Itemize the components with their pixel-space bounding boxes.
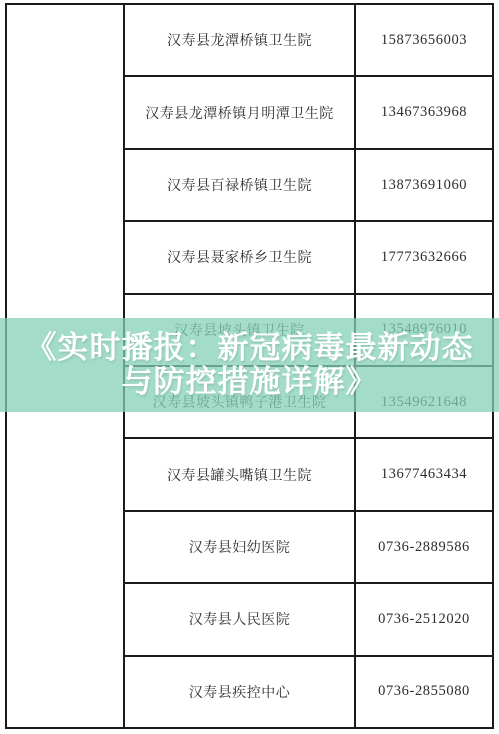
hospital-name-cell: 汉寿县罐头嘴镇卫生院	[125, 439, 356, 509]
table-row: 汉寿县龙潭桥镇月明潭卫生院 13467363968	[125, 77, 492, 149]
phone-number-cell: 13873691060	[356, 150, 492, 220]
table-row: 汉寿县龙潭桥镇卫生院 15873656003	[125, 5, 492, 77]
phone-number-cell: 0736-2512020	[356, 584, 492, 654]
table-row: 汉寿县百禄桥镇卫生院 13873691060	[125, 150, 492, 222]
hospital-name-cell: 汉寿县人民医院	[125, 584, 356, 654]
banner-title-line2: 与防控措施详解》	[122, 365, 378, 399]
table-row: 汉寿县疾控中心 0736-2855080	[125, 657, 492, 727]
page: 汉寿县龙潭桥镇卫生院 15873656003 汉寿县龙潭桥镇月明潭卫生院 134…	[0, 0, 499, 734]
news-banner-overlay: 《实时播报：新冠病毒最新动态 与防控措施详解》	[0, 318, 499, 412]
phone-number-cell: 15873656003	[356, 5, 492, 75]
phone-number-cell: 13677463434	[356, 439, 492, 509]
table-row: 汉寿县罐头嘴镇卫生院 13677463434	[125, 439, 492, 511]
hospital-name-cell: 汉寿县疾控中心	[125, 657, 356, 727]
phone-number-cell: 0736-2855080	[356, 657, 492, 727]
banner-title-line1: 《实时播报：新冠病毒最新动态	[26, 331, 474, 365]
hospital-name-cell: 汉寿县龙潭桥镇卫生院	[125, 5, 356, 75]
table-row: 汉寿县妇幼医院 0736-2889586	[125, 512, 492, 584]
hospital-name-cell: 汉寿县龙潭桥镇月明潭卫生院	[125, 77, 356, 147]
hospital-name-cell: 汉寿县聂家桥乡卫生院	[125, 222, 356, 292]
phone-number-cell: 0736-2889586	[356, 512, 492, 582]
table-row: 汉寿县人民医院 0736-2512020	[125, 584, 492, 656]
hospital-name-cell: 汉寿县百禄桥镇卫生院	[125, 150, 356, 220]
hospital-name-cell: 汉寿县妇幼医院	[125, 512, 356, 582]
table-row: 汉寿县聂家桥乡卫生院 17773632666	[125, 222, 492, 294]
phone-number-cell: 13467363968	[356, 77, 492, 147]
phone-number-cell: 17773632666	[356, 222, 492, 292]
